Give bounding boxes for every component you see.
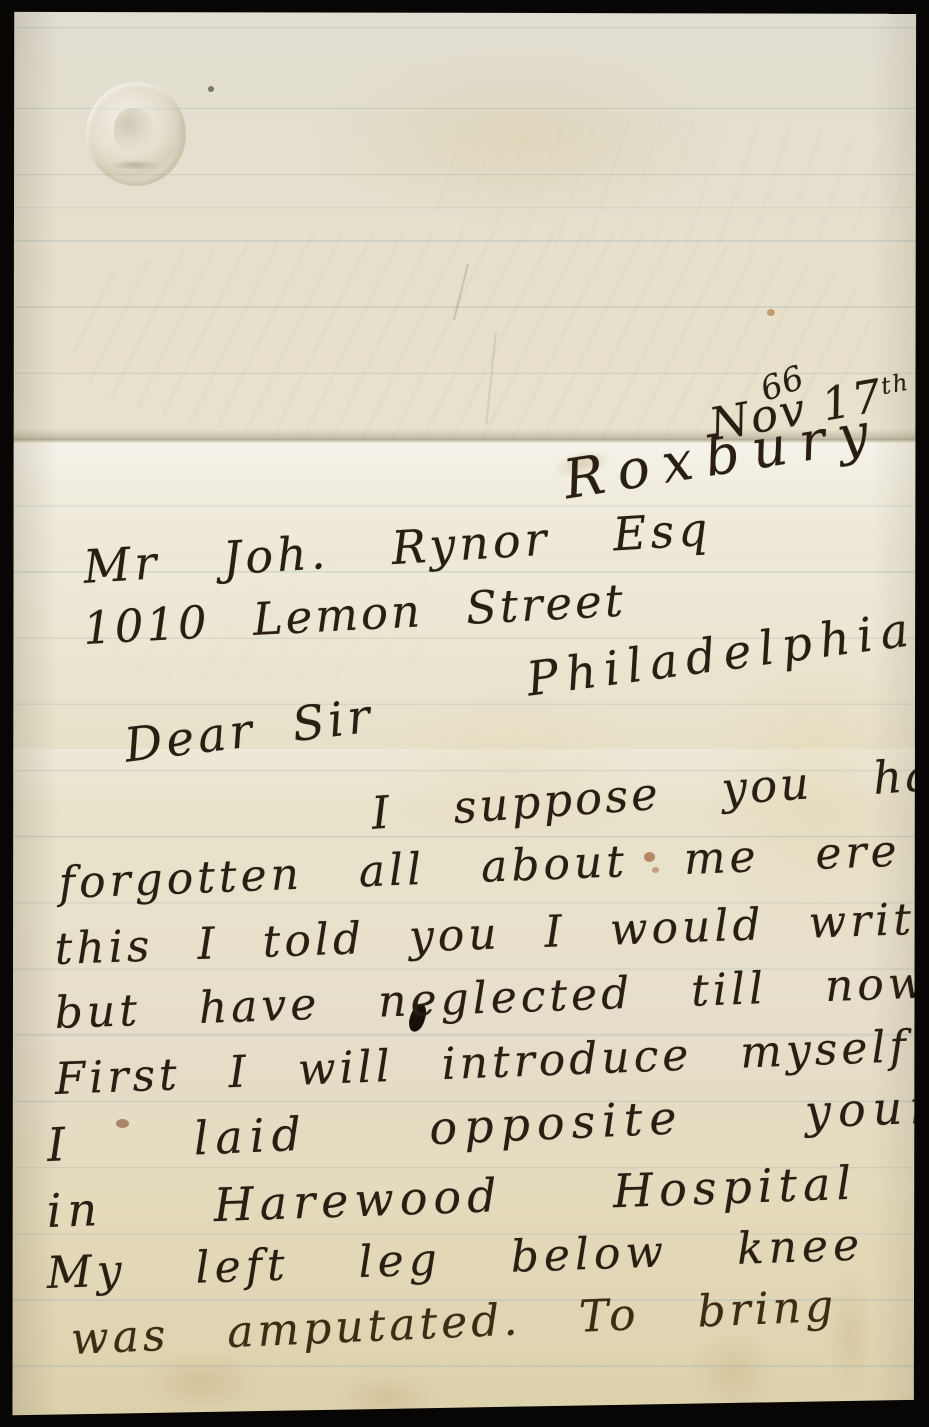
embossed-seal-icon [86,82,186,186]
fingerprint-smudge [692,1331,777,1416]
rust-speck [767,309,775,316]
fingerprint-smudge [332,1371,442,1423]
letter-paper: 66 Nov 17th Roxbury Mr Joh. Rynor Esq 10… [12,11,917,1416]
stain [302,41,732,231]
date-ordinal-suffix: th [879,368,912,401]
scanned-letter-page: 66 Nov 17th Roxbury Mr Joh. Rynor Esq 10… [0,0,929,1427]
ink-speck [208,86,214,92]
